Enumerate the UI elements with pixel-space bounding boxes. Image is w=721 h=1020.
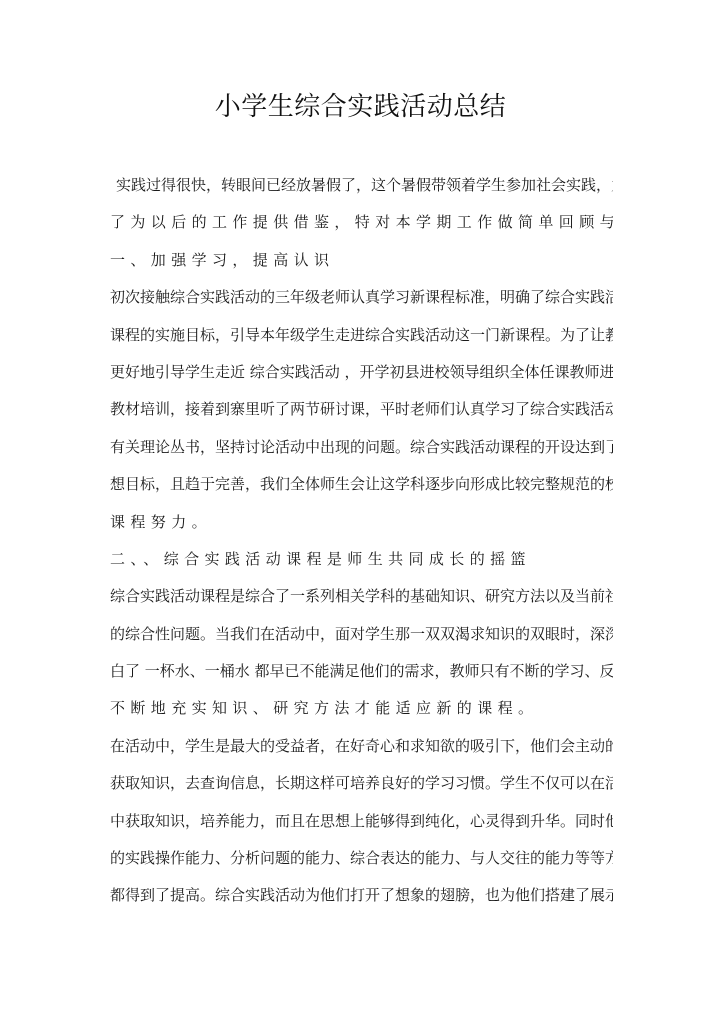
document-page: 小学生综合实践活动总结 实践过得很快，转眼间已经放暑假了，这个暑假带领着学生参加… — [0, 0, 721, 1020]
section-heading: 一、加强学习，提高认识 — [110, 248, 613, 285]
paragraph-line: 课程努力。 — [110, 510, 613, 547]
paragraph-line: 不断地充实知识、研究方法才能适应新的课程。 — [110, 696, 613, 733]
paragraph-line: 想目标，且趋于完善，我们全体师生会让这学科逐步向形成比较完整规范的校本 — [110, 472, 613, 509]
paragraph-line: 的综合性问题。当我们在活动中，面对学生那一双双渴求知识的双眼时，深深明 — [110, 622, 613, 659]
paragraph-line: 白了 一杯水、一桶水 都早已不能满足他们的需求，教师只有不断的学习、反思， — [110, 659, 613, 696]
paragraph-line: 了为以后的工作提供借鉴，特对本学期工作做简单回顾与总结。 — [110, 210, 613, 247]
paragraph-line: 更好地引导学生走近 综合实践活动 ，开学初县进校领导组织全体任课教师进行 — [110, 360, 613, 397]
paragraph-line: 教材培训，接着到寨里听了两节研讨课，平时老师们认真学习了综合实践活动的 — [110, 397, 613, 434]
section-heading: 二、、综合实践活动课程是师生共同成长的摇篮 — [110, 547, 613, 584]
document-title: 小学生综合实践活动总结 — [0, 90, 721, 124]
paragraph-line: 在活动中，学生是最大的受益者，在好奇心和求知欲的吸引下，他们会主动的去 — [110, 734, 613, 771]
paragraph-line: 获取知识，去查询信息，长期这样可培养良好的学习习惯。学生不仅可以在活动 — [110, 771, 613, 808]
paragraph-line: 实践过得很快，转眼间已经放暑假了，这个暑假带领着学生参加社会实践，为 — [110, 173, 613, 210]
document-body: 实践过得很快，转眼间已经放暑假了，这个暑假带领着学生参加社会实践，为 了为以后的… — [110, 173, 613, 921]
paragraph-line: 课程的实施目标，引导本年级学生走进综合实践活动这一门新课程。为了让教师 — [110, 323, 613, 360]
paragraph-line: 中获取知识，培养能力，而且在思想上能够得到纯化，心灵得到升华。同时他们 — [110, 809, 613, 846]
paragraph-line: 综合实践活动课程是综合了一系列相关学科的基础知识、研究方法以及当前社会 — [110, 584, 613, 621]
paragraph-line: 初次接触综合实践活动的三年级老师认真学习新课程标准，明确了综合实践活动 — [110, 285, 613, 322]
paragraph-line: 的实践操作能力、分析问题的能力、综合表达的能力、与人交往的能力等等方面 — [110, 846, 613, 883]
paragraph-line: 都得到了提高。综合实践活动为他们打开了想象的翅膀，也为他们搭建了展示自 — [110, 883, 613, 920]
paragraph-line: 有关理论丛书，坚持讨论活动中出现的问题。综合实践活动课程的开设达到了预 — [110, 435, 613, 472]
